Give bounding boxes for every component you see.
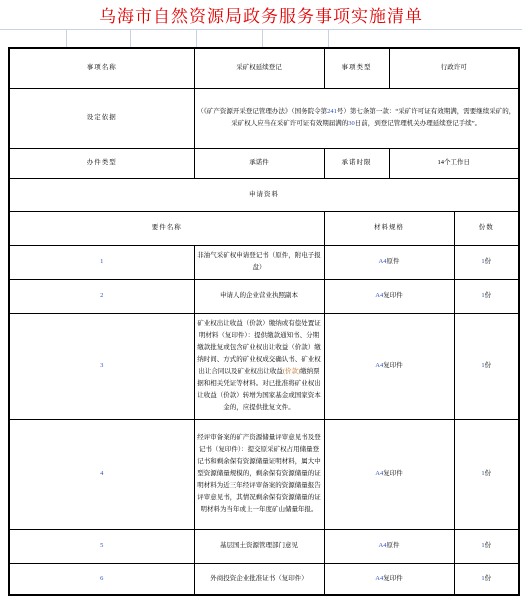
item-type-label: 事项类型 bbox=[324, 48, 389, 88]
time-limit-value: 14个工作日 bbox=[389, 148, 519, 178]
item-type-value: 行政许可 bbox=[389, 48, 519, 88]
page-title: 乌海市自然资源局政务服务事项实施清单 bbox=[0, 0, 522, 29]
row-setting-basis: 设定依据 （《矿产资源开采登记管理办法》（国务院令第241号）第七条第一款：“采… bbox=[9, 88, 519, 148]
grid-cell bbox=[263, 30, 329, 47]
material-no: 2 bbox=[9, 279, 194, 313]
material-spec: A4复印件 bbox=[324, 419, 454, 529]
material-spec: A4原件 bbox=[324, 245, 454, 279]
material-row: 1 非油气采矿权申请登记书（原件，附电子报盘） A4原件 1份 bbox=[9, 245, 519, 279]
time-limit-label: 承诺时限 bbox=[324, 148, 389, 178]
material-row: 6 外商投资企业批准证书（复印件） A4复印件 1份 bbox=[9, 563, 519, 595]
row-materials-header: 要件名称 材料规格 份数 bbox=[9, 211, 519, 245]
material-copies: 1份 bbox=[454, 529, 519, 563]
material-name: 非油气采矿权申请登记书（原件，附电子报盘） bbox=[194, 245, 324, 279]
material-copies: 1份 bbox=[454, 419, 519, 529]
spreadsheet-empty-row bbox=[0, 29, 522, 47]
material-name: 经评审备案的矿产资源储量评审意见书及登记书（复印件）：提交原采矿权占用储量登记书… bbox=[194, 419, 324, 529]
material-no: 3 bbox=[9, 313, 194, 419]
material-spec: A4复印件 bbox=[324, 313, 454, 419]
document-sheet: 乌海市自然资源局政务服务事项实施清单 事项名称 采矿权延续登记 事项类型 行政许… bbox=[0, 0, 522, 597]
material-spec: A4复印件 bbox=[324, 279, 454, 313]
material-copies: 1份 bbox=[454, 563, 519, 595]
grid-cell bbox=[131, 30, 197, 47]
material-name: 申请人的企业营业执照副本 bbox=[194, 279, 324, 313]
material-no: 4 bbox=[9, 419, 194, 529]
grid-cell bbox=[329, 30, 522, 47]
handle-type-value: 承诺件 bbox=[194, 148, 324, 178]
material-spec: A4复印件 bbox=[324, 563, 454, 595]
material-spec: A4原件 bbox=[324, 529, 454, 563]
materials-section-title: 申请资料 bbox=[9, 178, 519, 211]
material-name: 基层国土资源管理部门意见 bbox=[194, 529, 324, 563]
material-name: 矿业权出让收益（价款）缴纳或有偿处置证明材料（复印件）：提供缴款通知书、分期缴款… bbox=[194, 313, 324, 419]
material-copies: 1份 bbox=[454, 313, 519, 419]
row-section-title: 申请资料 bbox=[9, 178, 519, 211]
material-row: 3 矿业权出让收益（价款）缴纳或有偿处置证明材料（复印件）：提供缴款通知书、分期… bbox=[9, 313, 519, 419]
service-item-table: 事项名称 采矿权延续登记 事项类型 行政许可 设定依据 （《矿产资源开采登记管理… bbox=[8, 47, 520, 596]
material-no: 5 bbox=[9, 529, 194, 563]
handle-type-label: 办件类型 bbox=[9, 148, 194, 178]
material-no: 1 bbox=[9, 245, 194, 279]
header-copies: 份数 bbox=[454, 211, 519, 245]
basis-label: 设定依据 bbox=[9, 88, 194, 148]
grid-cell bbox=[197, 30, 263, 47]
basis-value: （《矿产资源开采登记管理办法》（国务院令第241号）第七条第一款：“采矿许可证有… bbox=[194, 88, 519, 148]
row-handle-type: 办件类型 承诺件 承诺时限 14个工作日 bbox=[9, 148, 519, 178]
material-row: 5 基层国土资源管理部门意见 A4原件 1份 bbox=[9, 529, 519, 563]
grid-cell bbox=[0, 30, 67, 47]
material-copies: 1份 bbox=[454, 245, 519, 279]
material-row: 4 经评审备案的矿产资源储量评审意见书及登记书（复印件）：提交原采矿权占用储量登… bbox=[9, 419, 519, 529]
row-item-name: 事项名称 采矿权延续登记 事项类型 行政许可 bbox=[9, 48, 519, 88]
header-spec: 材料规格 bbox=[324, 211, 454, 245]
header-name: 要件名称 bbox=[9, 211, 324, 245]
material-row: 2 申请人的企业营业执照副本 A4复印件 1份 bbox=[9, 279, 519, 313]
material-copies: 1份 bbox=[454, 279, 519, 313]
grid-cell bbox=[67, 30, 131, 47]
item-name-label: 事项名称 bbox=[9, 48, 194, 88]
item-name-value: 采矿权延续登记 bbox=[194, 48, 324, 88]
material-name: 外商投资企业批准证书（复印件） bbox=[194, 563, 324, 595]
material-no: 6 bbox=[9, 563, 194, 595]
